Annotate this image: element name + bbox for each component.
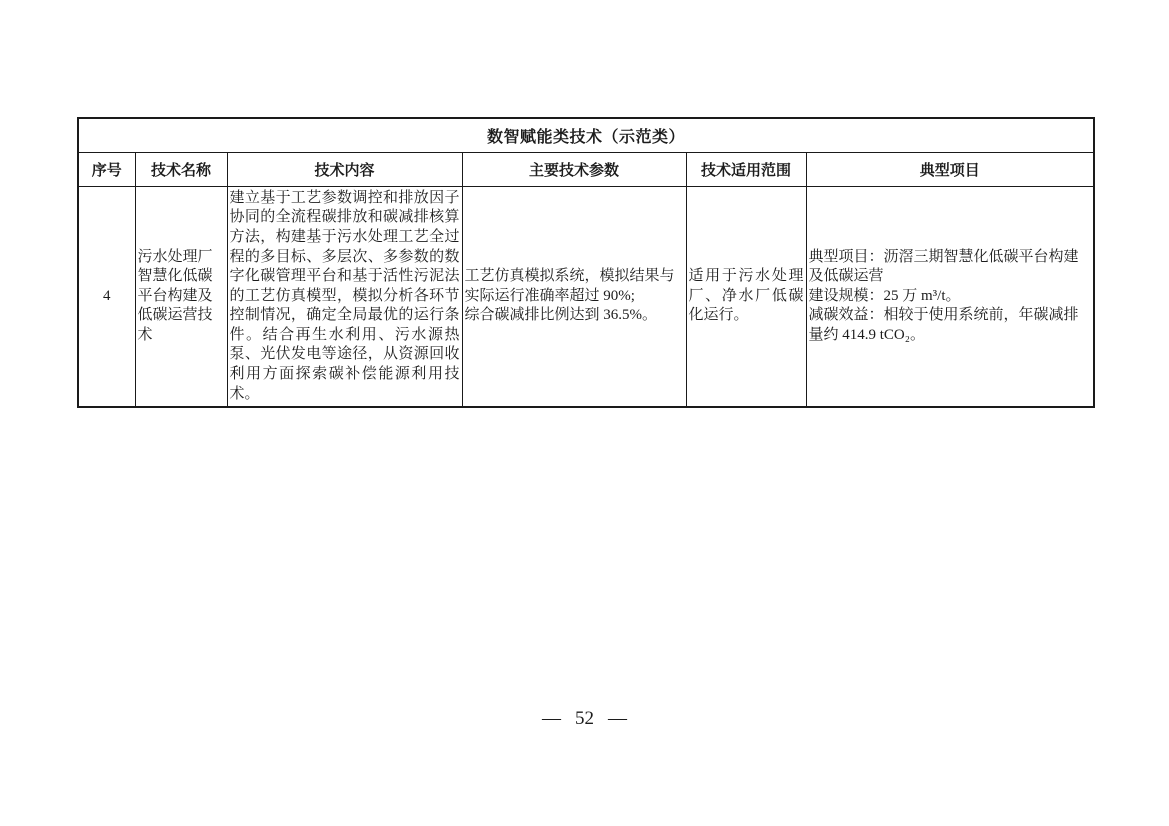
cell-scope: 适用于污水处理厂、净水厂低碳化运行。	[686, 187, 806, 408]
cell-tech-name: 污水处理厂智慧化低碳平台构建及低碳运营技术	[135, 187, 227, 408]
project-line-scale: 建设规模：25 万 m³/t。	[809, 287, 1092, 307]
technology-table: 数智赋能类技术（示范类） 序号 技术名称 技术内容 主要技术参数 技术适用范围 …	[77, 117, 1095, 408]
cell-tech-content: 建立基于工艺参数调控和排放因子协同的全流程碳排放和碳减排核算方法，构建基于污水处…	[227, 187, 462, 408]
col-header-scope: 技术适用范围	[686, 153, 806, 187]
table-row: 4 污水处理厂智慧化低碳平台构建及低碳运营技术 建立基于工艺参数调控和排放因子协…	[78, 187, 1094, 408]
cell-typical-project: 典型项目：沥滘三期智慧化低碳平台构建及低碳运营 建设规模：25 万 m³/t。 …	[806, 187, 1094, 408]
col-header-tech-name: 技术名称	[135, 153, 227, 187]
document-page: 数智赋能类技术（示范类） 序号 技术名称 技术内容 主要技术参数 技术适用范围 …	[0, 0, 1169, 826]
cell-tech-parameters: 工艺仿真模拟系统，模拟结果与实际运行准确率超过 90%; 综合碳减排比例达到 3…	[462, 187, 686, 408]
page-number: — 52 —	[0, 708, 1169, 730]
parameter-line: 综合碳减排比例达到 36.5%。	[465, 306, 684, 326]
table-header-row: 序号 技术名称 技术内容 主要技术参数 技术适用范围 典型项目	[78, 153, 1094, 187]
page-number-dash-right: —	[608, 708, 627, 730]
page-number-dash-left: —	[542, 708, 561, 730]
table-title-row: 数智赋能类技术（示范类）	[78, 118, 1094, 153]
parameter-line: 工艺仿真模拟系统，模拟结果与实际运行准确率超过 90%;	[465, 267, 684, 306]
page-number-value: 52	[575, 708, 594, 730]
table-title: 数智赋能类技术（示范类）	[78, 118, 1094, 153]
project-line-benefit: 减碳效益：相较于使用系统前，年碳减排量约 414.9 tCO₂。	[809, 306, 1092, 345]
cell-index: 4	[78, 187, 135, 408]
col-header-typical-project: 典型项目	[806, 153, 1094, 187]
col-header-index: 序号	[78, 153, 135, 187]
col-header-tech-parameters: 主要技术参数	[462, 153, 686, 187]
col-header-tech-content: 技术内容	[227, 153, 462, 187]
project-line-name: 典型项目：沥滘三期智慧化低碳平台构建及低碳运营	[809, 248, 1092, 287]
